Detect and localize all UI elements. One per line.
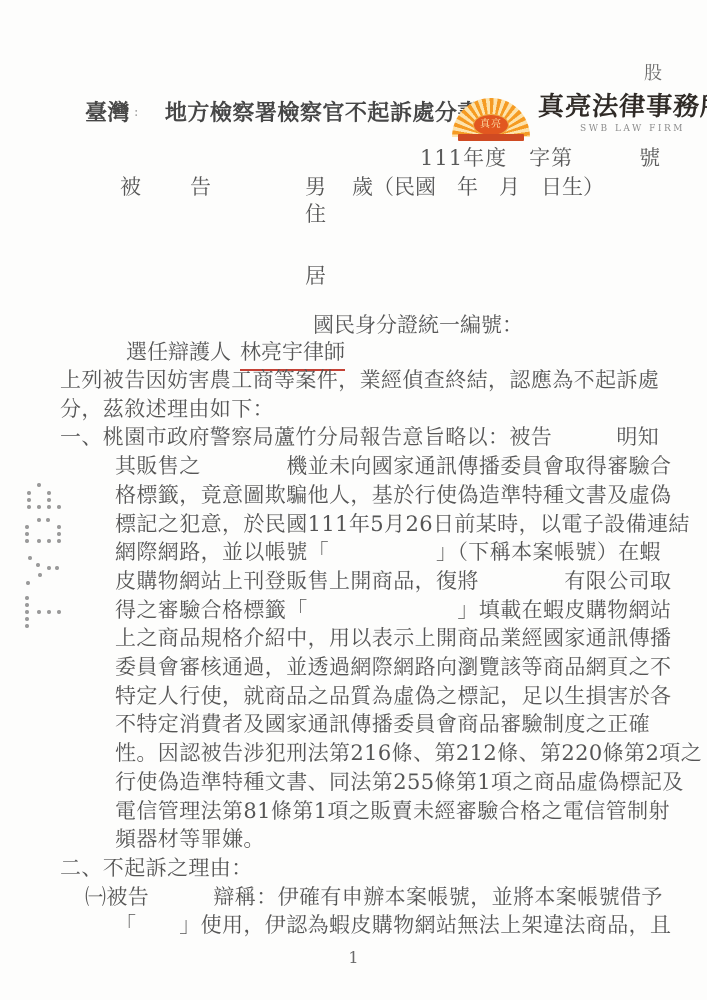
sun-seal-text: 真亮 bbox=[473, 114, 509, 136]
scanned-document-page: 股 臺灣:地方檢察署檢察官不起訴處分書 真亮 真亮法律事務所 SWB LAW F… bbox=[0, 0, 707, 1000]
national-id-label: 國民身分證統一編號： bbox=[313, 309, 523, 339]
body-line: 上之商品規格介紹中，用以表示上開商品業經國家通訊傳播 bbox=[60, 624, 658, 653]
body-line: 二、不起訴之理由： bbox=[60, 854, 658, 883]
body-line: 頻器材等罪嫌。 bbox=[60, 825, 658, 854]
law-firm-logo: 真亮 真亮法律事務所 SWB LAW FIRM bbox=[452, 90, 704, 138]
body-line: 不特定消費者及國家通訊傳播委員會商品審驗制度之正確 bbox=[60, 710, 658, 739]
law-firm-name-zh: 真亮法律事務所 bbox=[537, 90, 707, 124]
document-title: 臺灣:地方檢察署檢察官不起訴處分書 bbox=[85, 96, 480, 127]
body-line: 網際網路，並以帳號「 」（下稱本案帳號）在蝦 bbox=[60, 538, 658, 567]
body-line: 標記之犯意，於民國111年5月26日前某時，以電子設備連結 bbox=[60, 510, 658, 539]
body-line: 其販售之 機並未向國家通訊傳播委員會取得審驗合 bbox=[60, 452, 658, 481]
defender-label: 選任辯護人 bbox=[126, 336, 231, 366]
page-number: 1 bbox=[0, 948, 707, 967]
law-firm-name-en: SWB LAW FIRM bbox=[538, 124, 707, 134]
case-number-line: 111年度 字第 號 bbox=[420, 142, 661, 172]
body-line: 格標籤，竟意圖欺騙他人，基於行使偽造準特種文書及虛偽 bbox=[60, 481, 658, 510]
scan-artifact-dots bbox=[0, 0, 4, 4]
residence-label: 住 bbox=[305, 198, 326, 228]
body-line: 性。因認被告涉犯刑法第216條、第212條、第220條第2項之 bbox=[60, 739, 658, 768]
body-line: 上列被告因妨害農工商等案件，業經偵查終結，認應為不起訴處 bbox=[60, 366, 658, 395]
defendant-label-first: 被 bbox=[120, 171, 141, 201]
defendant-label-second: 告 bbox=[190, 171, 211, 201]
body-line: ㈠被告 辯稱：伊確有申辦本案帳號，並將本案帳號借予 bbox=[60, 883, 658, 912]
law-firm-name-block: 真亮法律事務所 SWB LAW FIRM bbox=[538, 90, 707, 134]
defendant-gender: 男 bbox=[305, 171, 326, 201]
title-main: 地方檢察署檢察官不起訴處分書 bbox=[165, 100, 480, 126]
body-line: 特定人行使，就商品之品質為虛偽之標記，足以生損害於各 bbox=[60, 682, 658, 711]
body-line: 「 」使用，伊認為蝦皮購物網站無法上架違法商品，且 bbox=[60, 911, 658, 940]
redaction-artifact: : bbox=[134, 105, 139, 120]
clerk-unit-label: 股 bbox=[644, 59, 663, 85]
body-line: 皮購物網站上刊登販售上開商品，復將 有限公司取 bbox=[60, 567, 658, 596]
court-prefix: 臺灣 bbox=[85, 100, 130, 126]
body-line: 行使偽造準特種文書、同法第255條第1項之商品虛偽標記及 bbox=[60, 768, 658, 797]
domicile-label: 居 bbox=[305, 260, 326, 290]
body-line: 分，茲敘述理由如下： bbox=[60, 395, 658, 424]
body-line: 委員會審核通過，並透過網際網路向瀏覽該等商品網頁之不 bbox=[60, 653, 658, 682]
logo-banner bbox=[458, 134, 524, 141]
sun-logo-icon: 真亮 bbox=[452, 98, 530, 138]
body-line: 一、桃園市政府警察局蘆竹分局報告意旨略以：被告 明知 bbox=[60, 423, 658, 452]
body-line: 得之審驗合格標籤「 」填載在蝦皮購物網站 bbox=[60, 596, 658, 625]
decision-body: 上列被告因妨害農工商等案件，業經偵查終結，認應為不起訴處 分，茲敘述理由如下： … bbox=[60, 366, 658, 940]
defendant-birth-line: 歲（民國 年 月 日生） bbox=[352, 171, 604, 201]
body-line: 電信管理法第81條第1項之販賣未經審驗合格之電信管制射 bbox=[60, 797, 658, 826]
